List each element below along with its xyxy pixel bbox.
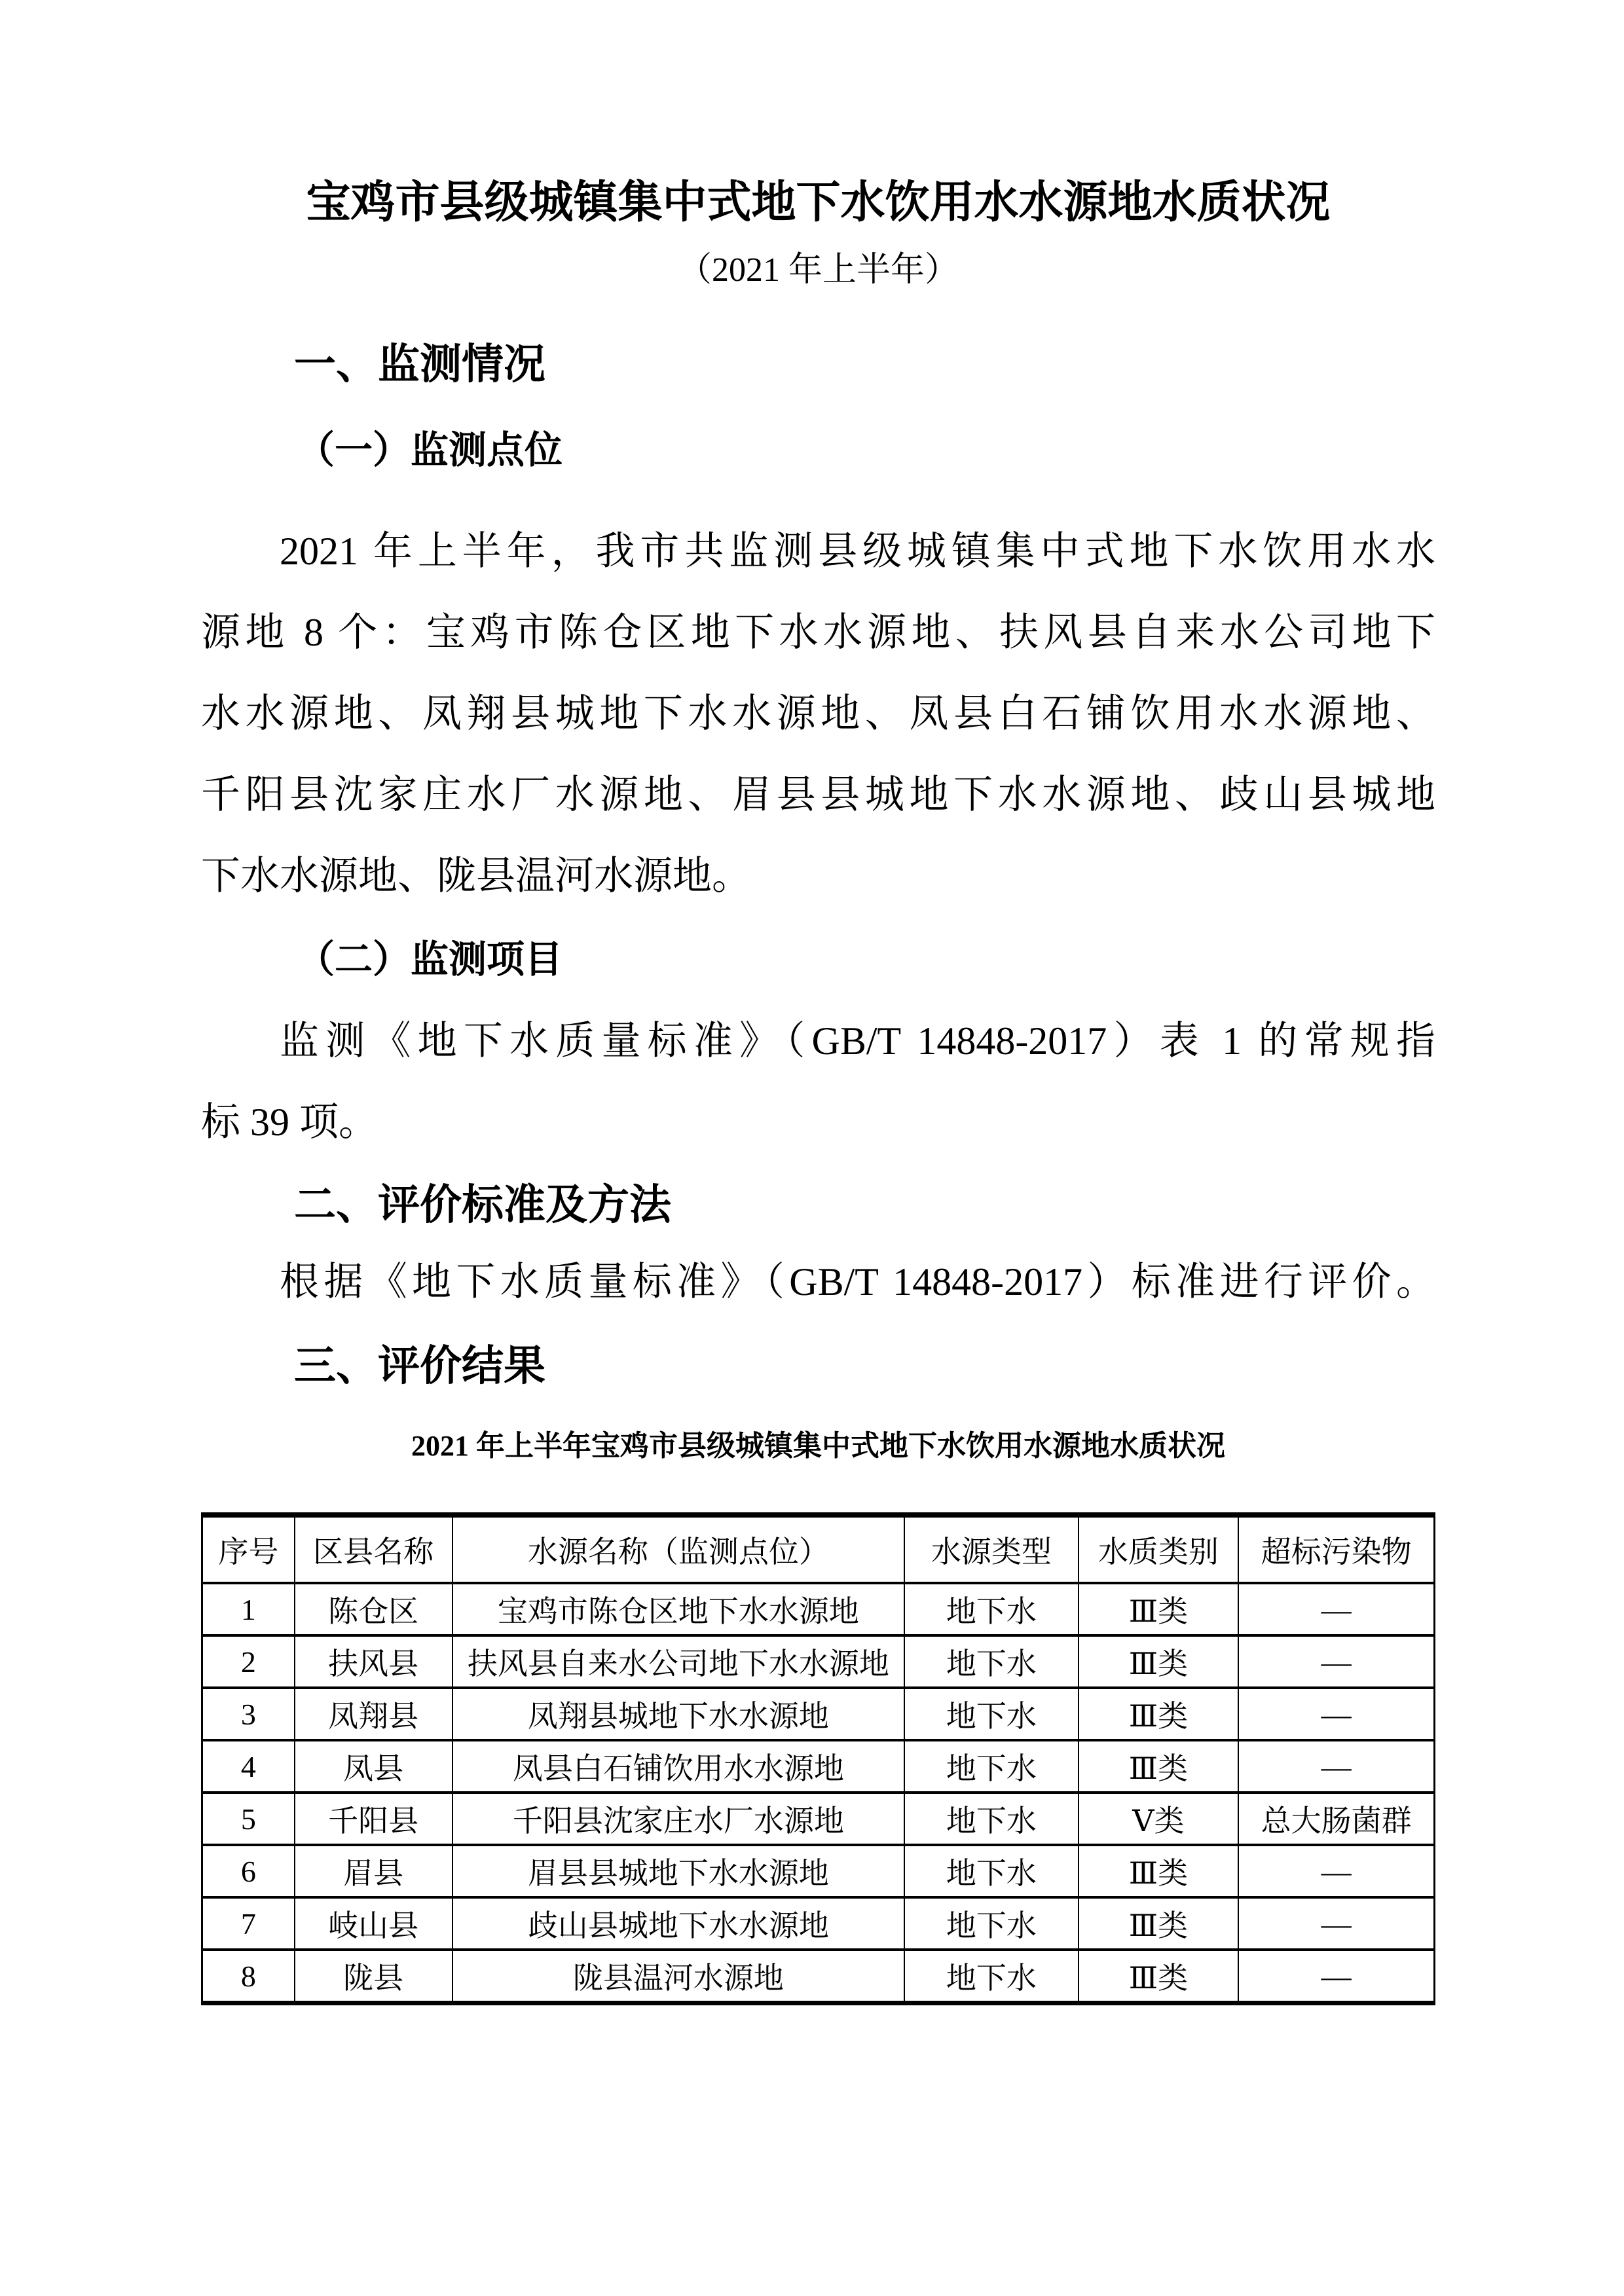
table-cell-county: 凤翔县 <box>295 1688 452 1740</box>
table-cell-county: 千阳县 <box>295 1793 452 1845</box>
table-cell-quality-class: Ⅲ类 <box>1079 1740 1239 1793</box>
paragraph-line: 监测《地下水质量标准》（GB/T 14848-2017）表 1 的常规指 <box>201 1000 1435 1082</box>
table-cell-quality-class: Ⅲ类 <box>1079 1688 1239 1740</box>
table-cell-source-name: 宝鸡市陈仓区地下水水源地 <box>452 1583 905 1635</box>
table-cell-pollutants: — <box>1238 1635 1434 1688</box>
table-cell-pollutants: — <box>1238 1583 1434 1635</box>
paragraph-line: 源地 8 个：宝鸡市陈仓区地下水水源地、扶风县自来水公司地下 <box>201 592 1435 673</box>
water-quality-table: 序号 区县名称 水源名称（监测点位） 水源类型 水质类别 超标污染物 1 陈仓区… <box>201 1512 1435 2005</box>
column-header-county: 区县名称 <box>295 1515 452 1583</box>
table-row: 4 凤县 凤县白石铺饮用水水源地 地下水 Ⅲ类 — <box>202 1740 1435 1793</box>
table-cell-index: 4 <box>202 1740 295 1793</box>
table-row: 1 陈仓区 宝鸡市陈仓区地下水水源地 地下水 Ⅲ类 — <box>202 1583 1435 1635</box>
table-cell-quality-class: Ⅲ类 <box>1079 1583 1239 1635</box>
paragraph-line: 水水源地、凤翔县城地下水水源地、凤县白石铺饮用水水源地、 <box>201 673 1435 754</box>
table-cell-pollutants: — <box>1238 1740 1434 1793</box>
column-header-quality-class: 水质类别 <box>1079 1515 1239 1583</box>
table-cell-county: 岐山县 <box>295 1897 452 1950</box>
table-cell-index: 2 <box>202 1635 295 1688</box>
table-cell-index: 3 <box>202 1688 295 1740</box>
table-cell-source-name: 陇县温河水源地 <box>452 1950 905 2003</box>
table-cell-source-type: 地下水 <box>904 1688 1078 1740</box>
table-row: 6 眉县 眉县县城地下水水源地 地下水 Ⅲ类 — <box>202 1845 1435 1897</box>
section-1-2-heading: （二）监测项目 <box>297 938 1435 982</box>
table-row: 2 扶风县 扶风县自来水公司地下水水源地 地下水 Ⅲ类 — <box>202 1635 1435 1688</box>
table-cell-index: 5 <box>202 1793 295 1845</box>
table-header-row: 序号 区县名称 水源名称（监测点位） 水源类型 水质类别 超标污染物 <box>202 1515 1435 1583</box>
section-1-1-heading: （一）监测点位 <box>297 428 1435 473</box>
table-cell-quality-class: Ⅲ类 <box>1079 1845 1239 1897</box>
table-row: 5 千阳县 千阳县沈家庄水厂水源地 地下水 Ⅴ类 总大肠菌群 <box>202 1793 1435 1845</box>
table-cell-quality-class: Ⅲ类 <box>1079 1897 1239 1950</box>
table-cell-source-type: 地下水 <box>904 1583 1078 1635</box>
table-cell-index: 8 <box>202 1950 295 2003</box>
table-cell-quality-class: Ⅴ类 <box>1079 1793 1239 1845</box>
table-cell-source-type: 地下水 <box>904 1845 1078 1897</box>
table-cell-source-name: 扶风县自来水公司地下水水源地 <box>452 1635 905 1688</box>
table-cell-quality-class: Ⅲ类 <box>1079 1635 1239 1688</box>
column-header-source-type: 水源类型 <box>904 1515 1078 1583</box>
table-cell-source-type: 地下水 <box>904 1635 1078 1688</box>
table-cell-index: 6 <box>202 1845 295 1897</box>
section-3-heading: 三、评价结果 <box>294 1342 1435 1389</box>
table-cell-index: 7 <box>202 1897 295 1950</box>
table-cell-source-name: 凤翔县城地下水水源地 <box>452 1688 905 1740</box>
table-cell-pollutants: — <box>1238 1688 1434 1740</box>
table-row: 3 凤翔县 凤翔县城地下水水源地 地下水 Ⅲ类 — <box>202 1688 1435 1740</box>
table-cell-pollutants: — <box>1238 1897 1434 1950</box>
paragraph-line: 2021 年上半年，我市共监测县级城镇集中式地下水饮用水水 <box>201 511 1435 592</box>
table-cell-county: 陇县 <box>295 1950 452 2003</box>
column-header-index: 序号 <box>202 1515 295 1583</box>
table-cell-source-type: 地下水 <box>904 1897 1078 1950</box>
column-header-source-name: 水源名称（监测点位） <box>452 1515 905 1583</box>
table-cell-source-type: 地下水 <box>904 1740 1078 1793</box>
table-cell-source-name: 千阳县沈家庄水厂水源地 <box>452 1793 905 1845</box>
table-cell-source-name: 歧山县城地下水水源地 <box>452 1897 905 1950</box>
column-header-pollutants: 超标污染物 <box>1238 1515 1434 1583</box>
paragraph-evaluation-standard: 根据《地下水质量标准》（GB/T 14848-2017）标准进行评价。 <box>201 1241 1435 1322</box>
table-row: 7 岐山县 歧山县城地下水水源地 地下水 Ⅲ类 — <box>202 1897 1435 1950</box>
paragraph-line: 千阳县沈家庄水厂水源地、眉县县城地下水水源地、歧山县城地 <box>201 754 1435 835</box>
table-cell-index: 1 <box>202 1583 295 1635</box>
document-page: 宝鸡市县级城镇集中式地下水饮用水水源地水质状况 （2021 年上半年） 一、监测… <box>0 0 1624 2296</box>
paragraph-line: 下水水源地、陇县温河水源地。 <box>201 835 1435 917</box>
table-cell-source-type: 地下水 <box>904 1950 1078 2003</box>
table-cell-pollutants: — <box>1238 1950 1434 2003</box>
paragraph-monitoring-items: 监测《地下水质量标准》（GB/T 14848-2017）表 1 的常规指 标 3… <box>201 1000 1435 1163</box>
table-cell-pollutants: 总大肠菌群 <box>1238 1793 1434 1845</box>
table-row: 8 陇县 陇县温河水源地 地下水 Ⅲ类 — <box>202 1950 1435 2003</box>
document-title: 宝鸡市县级城镇集中式地下水饮用水水源地水质状况 <box>201 175 1435 229</box>
section-2-heading: 二、评价标准及方法 <box>294 1181 1435 1228</box>
paragraph-line: 标 39 项。 <box>201 1082 1435 1163</box>
table-cell-county: 陈仓区 <box>295 1583 452 1635</box>
table-cell-county: 凤县 <box>295 1740 452 1793</box>
paragraph-monitoring-points: 2021 年上半年，我市共监测县级城镇集中式地下水饮用水水 源地 8 个：宝鸡市… <box>201 511 1435 917</box>
table-caption: 2021 年上半年宝鸡市县级城镇集中式地下水饮用水源地水质状况 <box>201 1429 1435 1464</box>
table-cell-source-name: 眉县县城地下水水源地 <box>452 1845 905 1897</box>
table-cell-county: 扶风县 <box>295 1635 452 1688</box>
document-subtitle: （2021 年上半年） <box>201 250 1435 291</box>
section-1-heading: 一、监测情况 <box>294 340 1435 388</box>
paragraph-line: 根据《地下水质量标准》（GB/T 14848-2017）标准进行评价。 <box>201 1241 1435 1322</box>
table-cell-source-type: 地下水 <box>904 1793 1078 1845</box>
table-cell-county: 眉县 <box>295 1845 452 1897</box>
table-cell-quality-class: Ⅲ类 <box>1079 1950 1239 2003</box>
table-cell-pollutants: — <box>1238 1845 1434 1897</box>
document-content: 宝鸡市县级城镇集中式地下水饮用水水源地水质状况 （2021 年上半年） 一、监测… <box>0 0 1624 2005</box>
table-cell-source-name: 凤县白石铺饮用水水源地 <box>452 1740 905 1793</box>
